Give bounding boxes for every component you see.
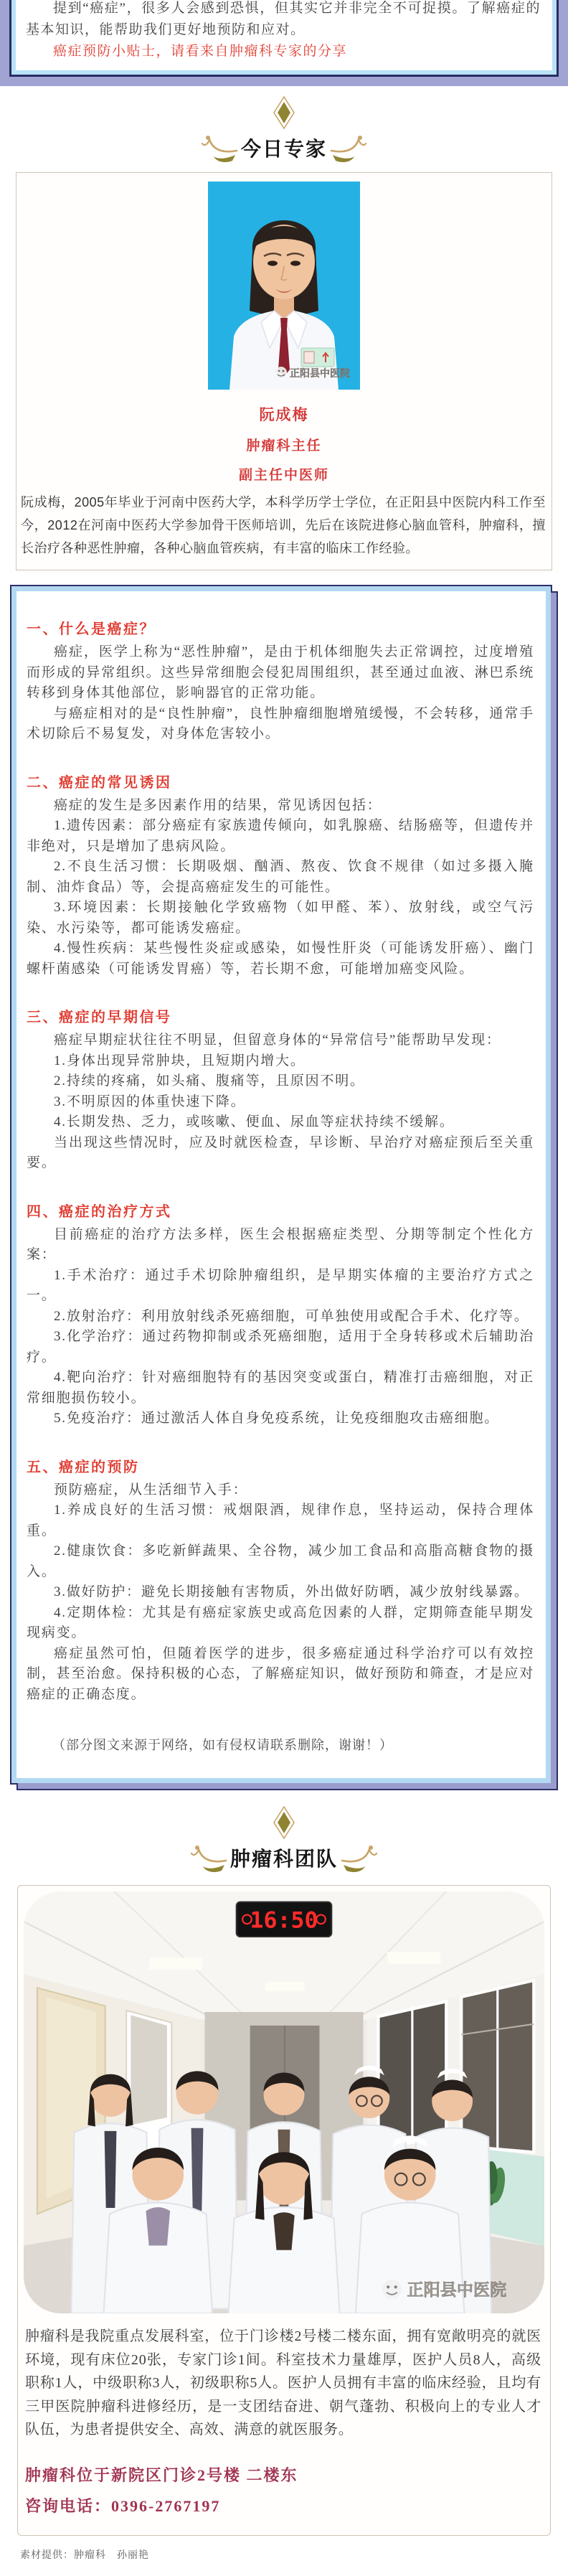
- section-prevention: 五、癌症的预防 预防癌症，从生活细节入手： 1.养成良好的生活习惯：戒烟限酒，规…: [27, 1455, 534, 1706]
- section-paragraph: 3.化学治疗：通过药物抑制或杀死癌细胞，适用于全身转移或术后辅助治疗。: [27, 1327, 534, 1368]
- section-paragraph: 目前癌症的治疗方法多样，医生会根据癌症类型、分期等制定个性化方案：: [27, 1225, 534, 1266]
- diamond-ornament-icon: [273, 96, 295, 129]
- portrait-watermark: 正阳县中医院: [290, 367, 350, 379]
- intro-box-inner: 提到“癌症”，很多人会感到恐惧，但其实它并非完全不可捉摸。了解癌症的基本知识，能…: [11, 0, 557, 75]
- team-card: 16:50: [17, 1885, 551, 2536]
- section-paragraph: 1.养成良好的生活习惯：戒烟限酒，规律作息，坚持运动，保持合理体重。: [27, 1500, 534, 1541]
- section-paragraph: 2.健康饮食：多吃新鲜蔬果、全谷物，减少加工食品和高脂高糖食物的摄入。: [27, 1541, 534, 1582]
- section-paragraph: 4.慢性疾病：某些慢性炎症或感染，如慢性肝炎（可能诱发肝癌）、幽门螺杆菌感染（可…: [27, 939, 534, 979]
- intro-paragraph: 提到“癌症”，很多人会感到恐惧，但其实它并非完全不可捉摸。了解癌症的基本知识，能…: [26, 0, 541, 41]
- article-page: 提到“癌症”，很多人会感到恐惧，但其实它并非完全不可捉摸。了解癌症的基本知识，能…: [0, 0, 568, 2576]
- source-note: （部分图文来源于网络，如有侵权请联系删除，谢谢！）: [27, 1735, 534, 1754]
- article-box-inner: 一、什么是癌症？ 癌症，医学上称为“恶性肿瘤”，是由于机体细胞失去正常调控，过度…: [11, 586, 551, 1783]
- expert-header: 今日专家: [0, 96, 568, 164]
- section-paragraph: 癌症虽然可怕，但随着医学的进步，很多癌症通过科学治疗可以有效控制，甚至治愈。保持…: [27, 1644, 534, 1706]
- right-flourish-icon: [341, 1842, 378, 1874]
- right-flourish-icon: [330, 132, 367, 164]
- section-what-is-cancer: 一、什么是癌症？ 癌症，医学上称为“恶性肿瘤”，是由于机体细胞失去正常调控，过度…: [27, 617, 534, 745]
- intro-strip: 提到“癌症”，很多人会感到恐惧，但其实它并非完全不可捉摸。了解癌症的基本知识，能…: [0, 0, 568, 86]
- section-paragraph: 2.持续的疼痛，如头痛、腹痛等，且原因不明。: [27, 1071, 534, 1092]
- expert-header-title: 今日专家: [241, 133, 327, 162]
- section-paragraph: 癌症，医学上称为“恶性肿瘤”，是由于机体细胞失去正常调控，过度增殖而形成的异常组…: [27, 642, 534, 704]
- section-common-causes: 二、癌症的常见诱因 癌症的发生是多因素作用的结果，常见诱因包括： 1.遗传因素：…: [27, 771, 534, 980]
- section-paragraph: 2.不良生活习惯：长期吸烟、酗酒、熬夜、饮食不规律（如过多摄入腌制、油炸食品）等…: [27, 857, 534, 898]
- section-paragraph: 3.环境因素：长期接触化学致癌物（如甲醛、苯）、放射线，或空气污染、水污染等，都…: [27, 898, 534, 939]
- expert-title-1: 肿瘤科主任: [16, 435, 552, 454]
- section-paragraph: 3.做好防护：避免长期接触有害物质，外出做好防晒，减少放射线暴露。: [27, 1582, 534, 1603]
- diamond-ornament-icon: [273, 1806, 295, 1839]
- section-paragraph: 当出现这些情况时，应及时就医检查，早诊断、早治疗对癌症预后至关重要。: [27, 1133, 534, 1174]
- team-description: 肿瘤科是我院重点发展科室，位于门诊楼2号楼二楼东面，拥有宽敞明亮的就医环境，现有…: [24, 2313, 544, 2442]
- section-paragraph: 癌症的发生是多因素作用的结果，常见诱因包括：: [27, 796, 534, 817]
- team-location: 肿瘤科位于新院区门诊2号楼 二楼东: [25, 2463, 544, 2486]
- expert-portrait-photo: 正阳县中医院: [208, 182, 360, 390]
- material-credit: 素材提供：肿瘤科 孙丽艳: [0, 2536, 568, 2576]
- section-heading: 一、什么是癌症？: [27, 617, 534, 638]
- intro-highlight: 癌症预防小贴士，请看来自肿瘤科专家的分享: [26, 41, 541, 62]
- section-heading: 四、癌症的治疗方式: [27, 1200, 534, 1221]
- expert-card: 正阳县中医院 阮成梅 肿瘤科主任 副主任中医师 阮成梅，2005年毕业于河南中医…: [16, 172, 552, 570]
- intro-box: 提到“癌症”，很多人会感到恐惧，但其实它并非完全不可捉摸。了解癌症的基本知识，能…: [9, 0, 559, 77]
- section-paragraph: 1.遗传因素：部分癌症有家族遗传倾向，如乳腺癌、结肠癌等，但遗传并非绝对，只是增…: [27, 816, 534, 857]
- section-heading: 三、癌症的早期信号: [27, 1005, 534, 1026]
- expert-title-2: 副主任中医师: [16, 464, 552, 484]
- team-header: 肿瘤科团队: [0, 1806, 568, 1874]
- section-paragraph: 4.定期体检：尤其是有癌症家族史或高危因素的人群，定期筛查能早期发现病变。: [27, 1603, 534, 1644]
- clock-display: 16:50: [250, 1907, 318, 1933]
- section-early-signals: 三、癌症的早期信号 癌症早期症状往往不明显，但留意身体的“异常信号”能帮助早发现…: [27, 1005, 534, 1174]
- section-paragraph: 预防癌症，从生活细节入手：: [27, 1480, 534, 1501]
- expert-bio: 阮成梅，2005年毕业于河南中医药大学，本科学历学士学位，在正阳县中医院内科工作…: [16, 484, 552, 560]
- section-heading: 五、癌症的预防: [27, 1455, 534, 1476]
- section-treatments: 四、癌症的治疗方式 目前癌症的治疗方法多样，医生会根据癌症类型、分期等制定个性化…: [27, 1200, 534, 1429]
- section-paragraph: 1.手术治疗：通过手术切除肿瘤组织，是早期实体瘤的主要治疗方式之一。: [27, 1266, 534, 1307]
- team-phone: 咨询电话：0396-2767197: [25, 2494, 544, 2516]
- section-heading: 二、癌症的常见诱因: [27, 771, 534, 791]
- expert-name: 阮成梅: [16, 403, 552, 425]
- team-header-title: 肿瘤科团队: [230, 1843, 338, 1872]
- section-paragraph: 癌症早期症状往往不明显，但留意身体的“异常信号”能帮助早发现：: [27, 1030, 534, 1051]
- section-paragraph: 4.靶向治疗：针对癌细胞特有的基因突变或蛋白，精准打击癌细胞，对正常细胞损伤较小…: [27, 1368, 534, 1409]
- section-paragraph: 1.身体出现异常肿块，且短期内增大。: [27, 1051, 534, 1072]
- team-photo: 16:50: [24, 1891, 544, 2313]
- section-paragraph: 4.长期发热、乏力，或咳嗽、便血、尿血等症状持续不缓解。: [27, 1112, 534, 1133]
- section-paragraph: 与癌症相对的是“良性肿瘤”，良性肿瘤细胞增殖缓慢，不会转移，通常手术切除后不易复…: [27, 704, 534, 745]
- article-box: 一、什么是癌症？ 癌症，医学上称为“恶性肿瘤”，是由于机体细胞失去正常调控，过度…: [10, 585, 552, 1785]
- left-flourish-icon: [190, 1842, 227, 1874]
- left-flourish-icon: [201, 132, 238, 164]
- section-paragraph: 2.放射治疗：利用放射线杀死癌细胞，可单独使用或配合手术、化疗等。: [27, 1307, 534, 1327]
- section-paragraph: 3.不明原因的体重快速下降。: [27, 1092, 534, 1113]
- team-photo-watermark: 正阳县中医院: [407, 2280, 508, 2299]
- section-paragraph: 5.免疫治疗：通过激活人体自身免疫系统，让免疫细胞攻击癌细胞。: [27, 1409, 534, 1429]
